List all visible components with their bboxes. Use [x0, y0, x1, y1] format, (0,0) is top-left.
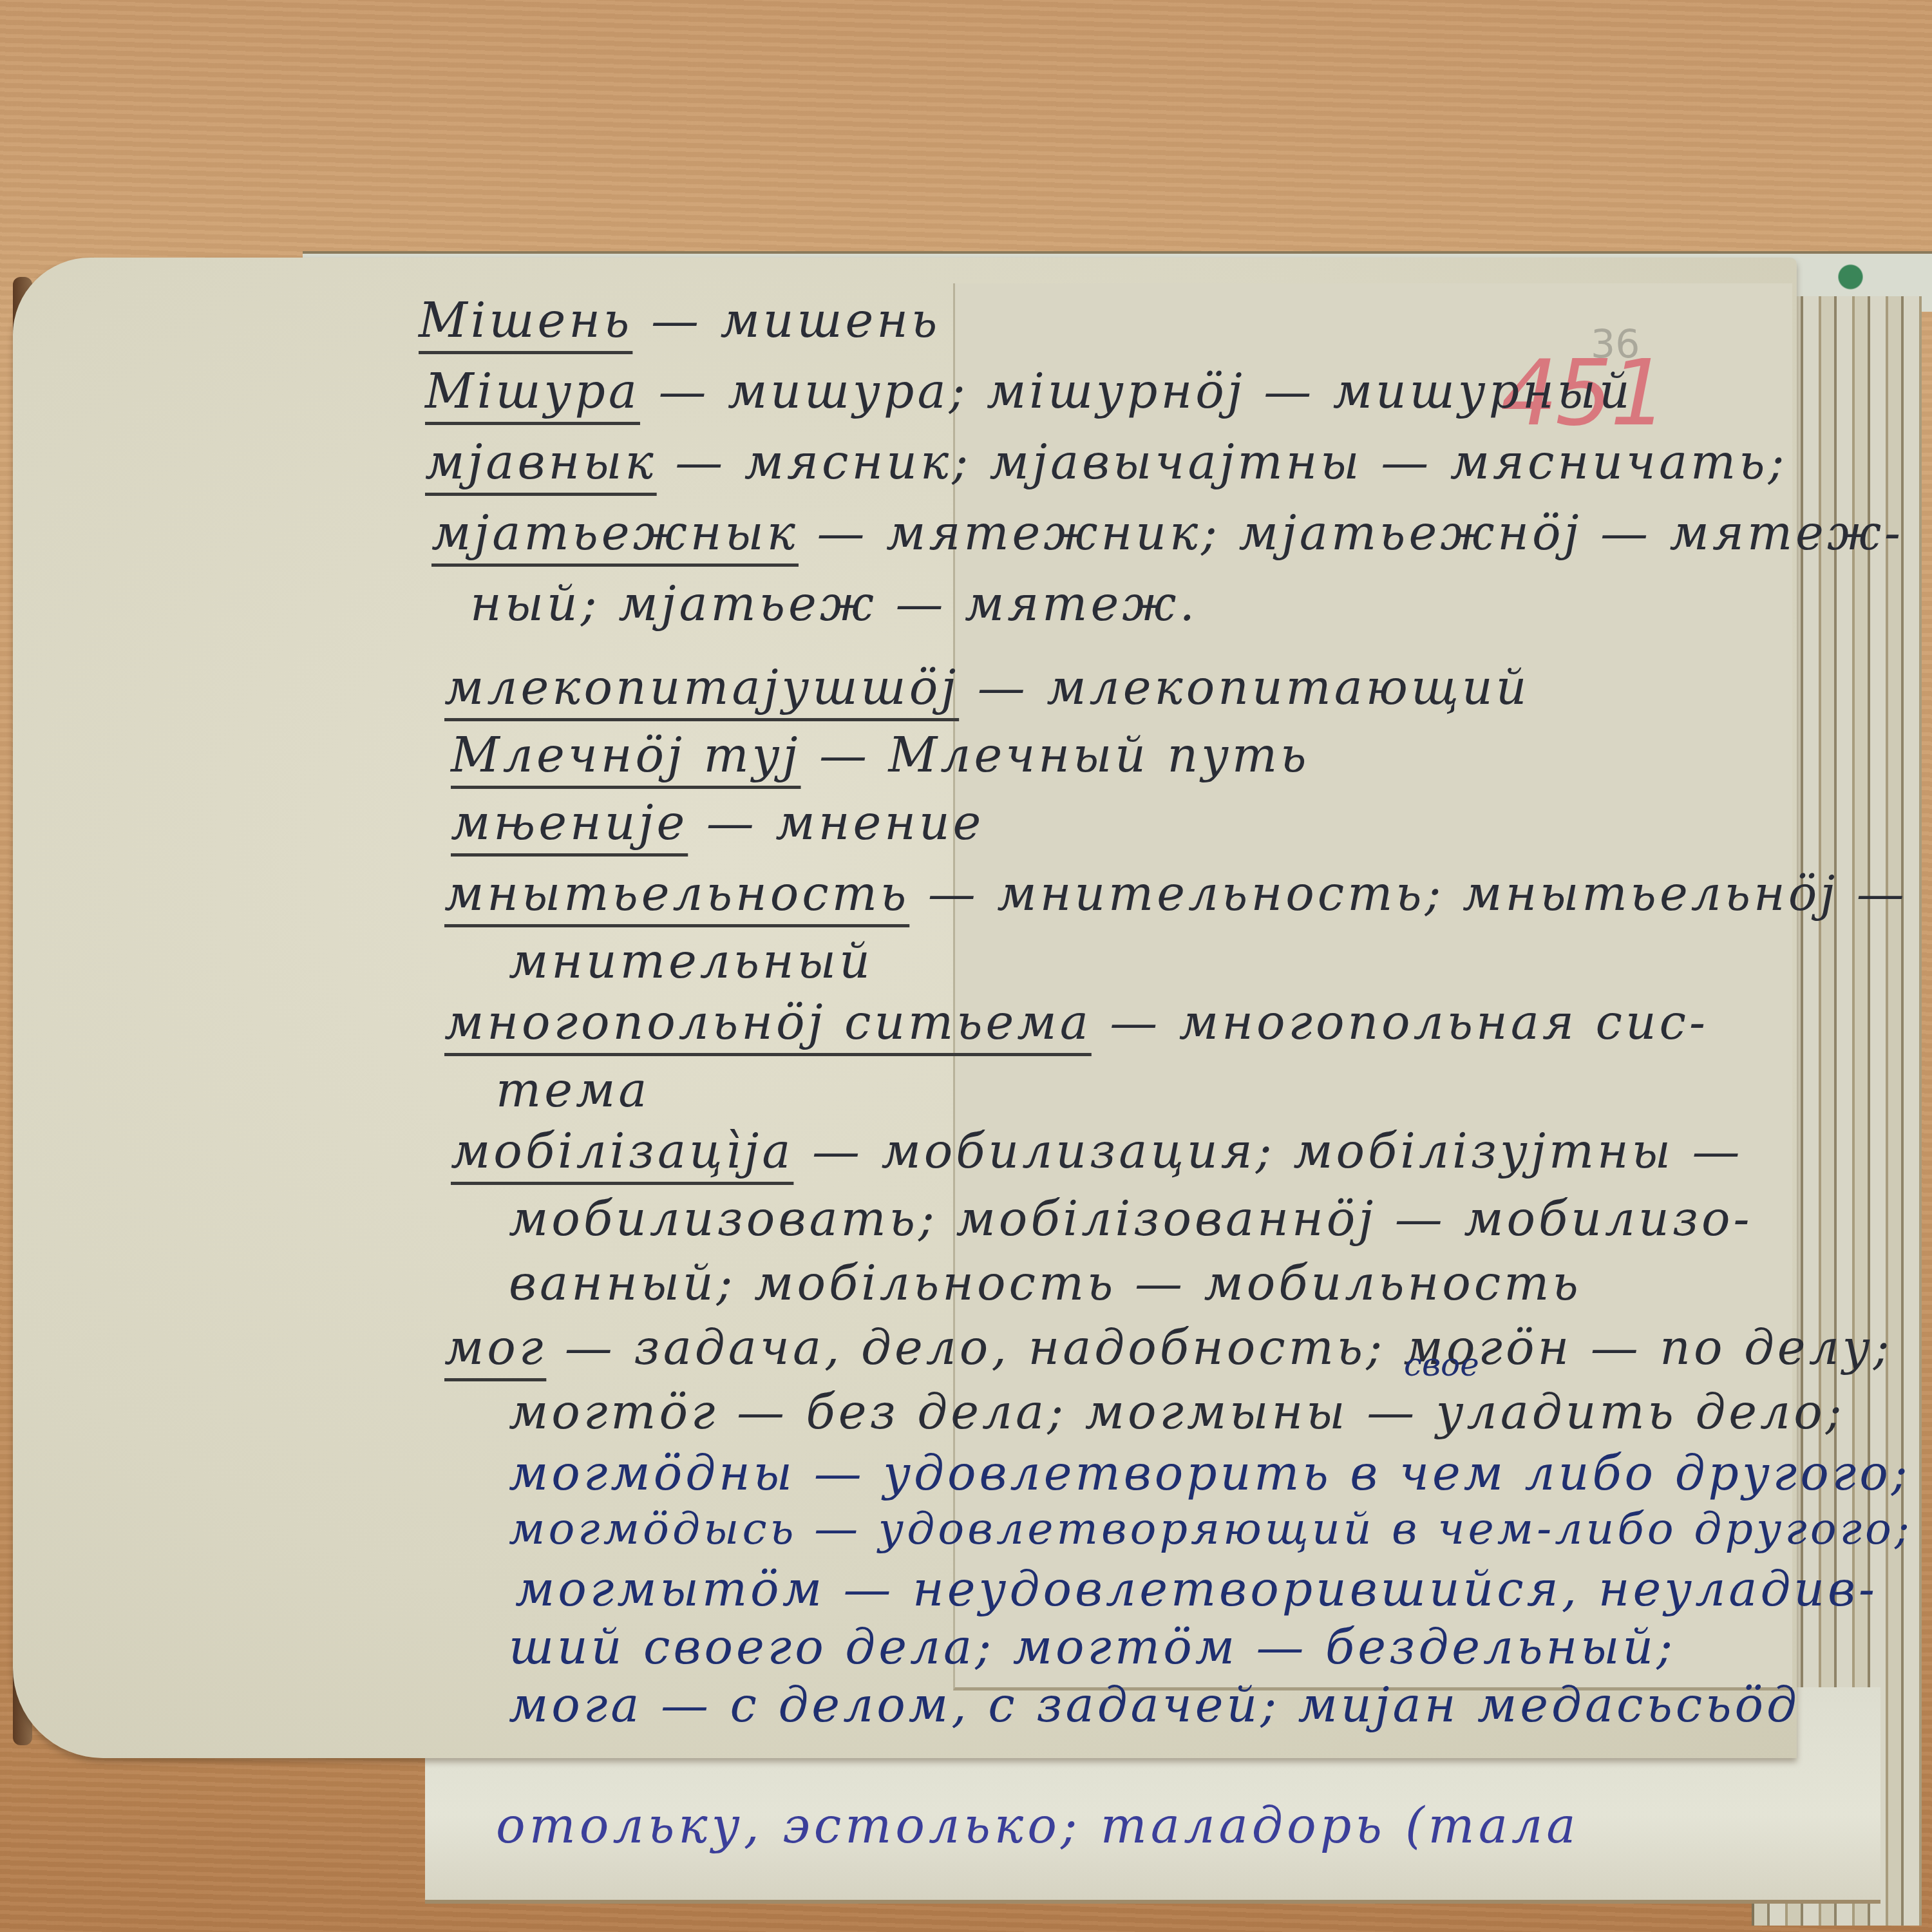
entry-mnitelnost: мнытьельность — мнительность; мнытьельнö… [444, 866, 1908, 922]
entry-mog-cont-5: ший своего дела; могтöм — бездельный; [509, 1620, 1676, 1675]
entry-mog: мог — задача, дело, надобность; могöн — … [444, 1320, 1893, 1376]
entry-mishura: Мішура — мишура; мішурнöј — мишурный [425, 364, 1633, 419]
entry-myatezhnik: мјатьежнык — мятежник; мјатьежнöј — мяте… [431, 506, 1904, 561]
entry-mog-cont-6: мога — с делом, с задачей; мијан медасьс… [509, 1678, 1800, 1733]
entry-mishen: Мішень — мишень [419, 293, 940, 348]
entry-mnogopolnaya-sistema: многопольнöј ситьема — многопольная сис- [444, 995, 1709, 1050]
entry-mlechnyy-put: Млечнöј туј — Млечный путь [451, 728, 1310, 783]
entry-mog-cont-1: могтöг — без дела; могмыны — уладить дел… [509, 1385, 1845, 1440]
entry-myatezhnik-cont: ный; мјатьеж — мятеж. [470, 576, 1198, 632]
entry-mog-cont-4: могмытöм — неудовлетворившийся, неуладив… [515, 1562, 1878, 1617]
entry-myasnik: мјавнык — мясник; мјавычајтны — мясничат… [425, 435, 1787, 490]
insertion-svoe: свое [1404, 1346, 1479, 1383]
underlying-line-2: отольку, эстолько; таладорь (тала [496, 1797, 1580, 1854]
entry-mog-cont-3: могмöдысь — удовлетворяющий в чем-либо д… [509, 1504, 1913, 1555]
entry-mog-cont-2: могмöдны — удовлетворить в чем либо друг… [509, 1446, 1911, 1501]
entry-mnitelnost-cont: мнительный [509, 934, 873, 989]
entry-mobilizatsiya-cont-1: мобилизовать; мобілізованнöј — мобилизо- [509, 1191, 1753, 1247]
entry-mobilizatsiya-cont-2: ванный; мобільность — мобильность [509, 1256, 1582, 1311]
entry-mnenie: мњеније — мнение [451, 795, 984, 851]
entry-mnogopolnaya-cont: тема [496, 1063, 650, 1118]
entry-mobilizatsiya: мобілізацìја — мобилизация; мобілізујтны… [451, 1124, 1743, 1179]
entry-mlekopitayushchiy: млекопитајушшöј — млекопитающий [444, 660, 1529, 715]
pencil-page-number: 36 [1591, 322, 1640, 367]
